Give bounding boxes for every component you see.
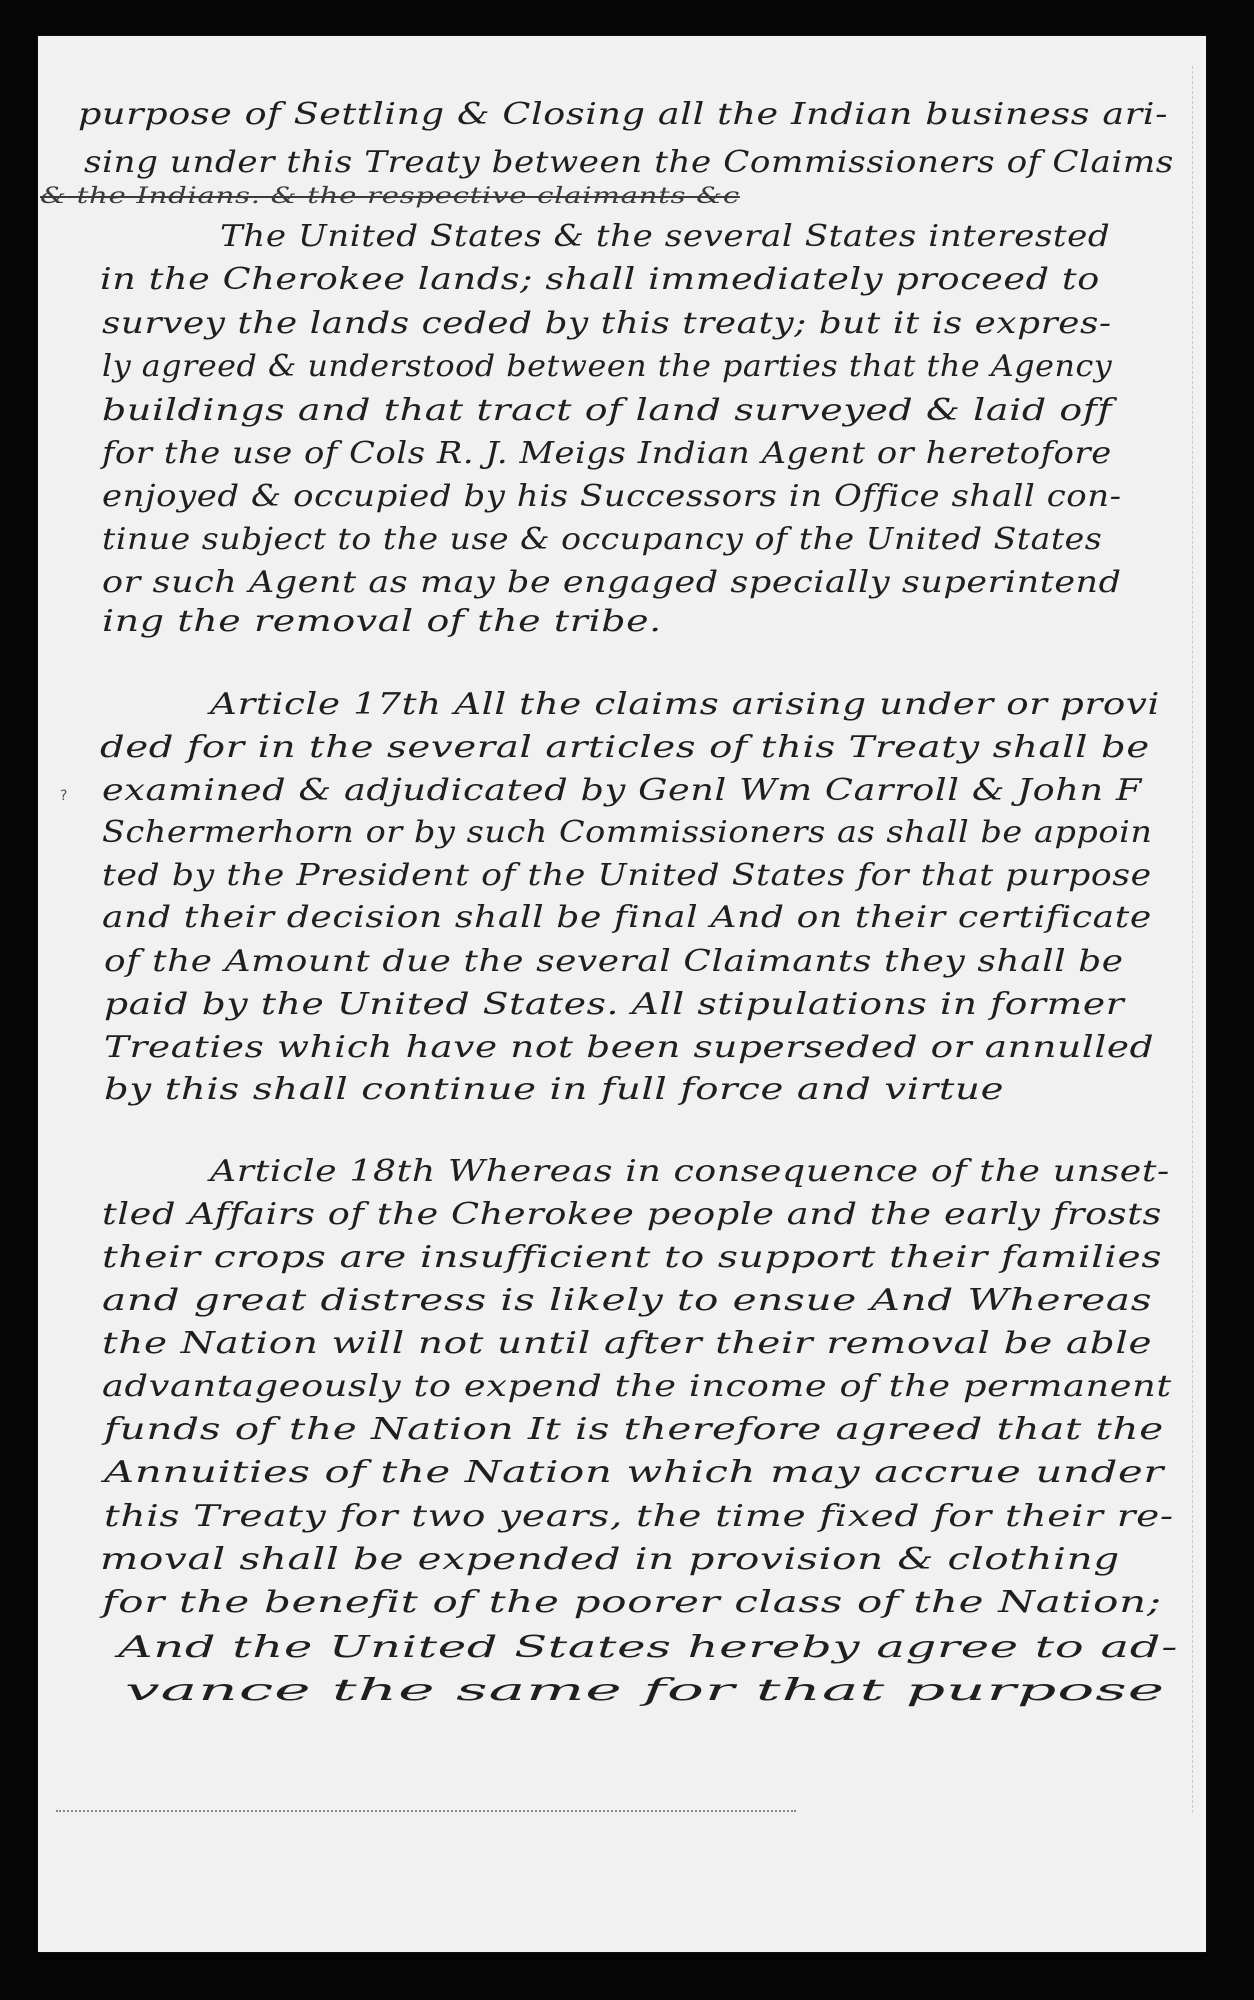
manuscript-line: ded for in the several articles of this … xyxy=(100,733,1150,763)
manuscript-line: enjoyed & occupied by his Successors in … xyxy=(102,482,1122,512)
manuscript-line: & the Indians. & the respective claimant… xyxy=(40,186,740,208)
manuscript-line: Article 17th All the claims arising unde… xyxy=(210,690,1160,720)
manuscript-line: for the benefit of the poorer class of t… xyxy=(102,1588,1162,1618)
manuscript-line: in the Cherokee lands; shall immediately… xyxy=(100,265,1100,295)
manuscript-line: ing the removal of the tribe. xyxy=(102,607,662,637)
manuscript-line: the Nation will not until after their re… xyxy=(102,1329,1152,1359)
manuscript-line: advantageously to expend the income of t… xyxy=(102,1372,1172,1402)
manuscript-line: sing under this Treaty between the Commi… xyxy=(84,148,1174,178)
manuscript-line: tled Affairs of the Cherokee people and … xyxy=(102,1200,1162,1230)
manuscript-line: paid by the United States. All stipulati… xyxy=(104,990,1124,1020)
manuscript-line: of the Amount due the several Claimants … xyxy=(104,947,1124,977)
manuscript-line: their crops are insufficient to support … xyxy=(102,1243,1162,1273)
manuscript-line: And the United States hereby agree to ad… xyxy=(118,1633,1178,1663)
manuscript-line: examined & adjudicated by Genl Wm Carrol… xyxy=(102,776,1142,806)
manuscript-line: vance the same for that purpose xyxy=(125,1676,1165,1706)
manuscript-line: survey the lands ceded by this treaty; b… xyxy=(102,309,1112,339)
manuscript-line: Treaties which have not been superseded … xyxy=(104,1033,1154,1063)
manuscript-line: and great distress is likely to ensue An… xyxy=(102,1286,1152,1316)
manuscript-line: purpose of Settling & Closing all the In… xyxy=(78,100,1168,130)
manuscript-line: this Treaty for two years, the time fixe… xyxy=(104,1502,1174,1532)
manuscript-line: Schermerhorn or by such Commissioners as… xyxy=(102,818,1152,848)
manuscript-line: moval shall be expended in provision & c… xyxy=(100,1545,1120,1575)
manuscript-line: ted by the President of the United State… xyxy=(102,861,1152,891)
manuscript-line: Annuities of the Nation which may accrue… xyxy=(104,1458,1164,1488)
manuscript-line: ly agreed & understood between the parti… xyxy=(102,352,1112,382)
margin-mark: ? xyxy=(60,788,67,804)
manuscript-line: and their decision shall be final And on… xyxy=(102,903,1152,933)
manuscript-line: buildings and that tract of land surveye… xyxy=(102,396,1112,426)
manuscript-page: ? purpose of Settling & Closing all the … xyxy=(38,36,1206,1952)
manuscript-line: Article 18th Whereas in consequence of t… xyxy=(210,1157,1170,1187)
manuscript-line: tinue subject to the use & occupancy of … xyxy=(102,525,1102,555)
manuscript-line: funds of the Nation It is therefore agre… xyxy=(104,1415,1164,1445)
inner-border-bottom-rule xyxy=(56,1810,796,1812)
manuscript-line: by this shall continue in full force and… xyxy=(104,1075,1004,1105)
manuscript-line: for the use of Cols R. J. Meigs Indian A… xyxy=(102,439,1112,469)
manuscript-line: The United States & the several States i… xyxy=(220,222,1110,252)
manuscript-line: or such Agent as may be engaged speciall… xyxy=(102,568,1122,598)
